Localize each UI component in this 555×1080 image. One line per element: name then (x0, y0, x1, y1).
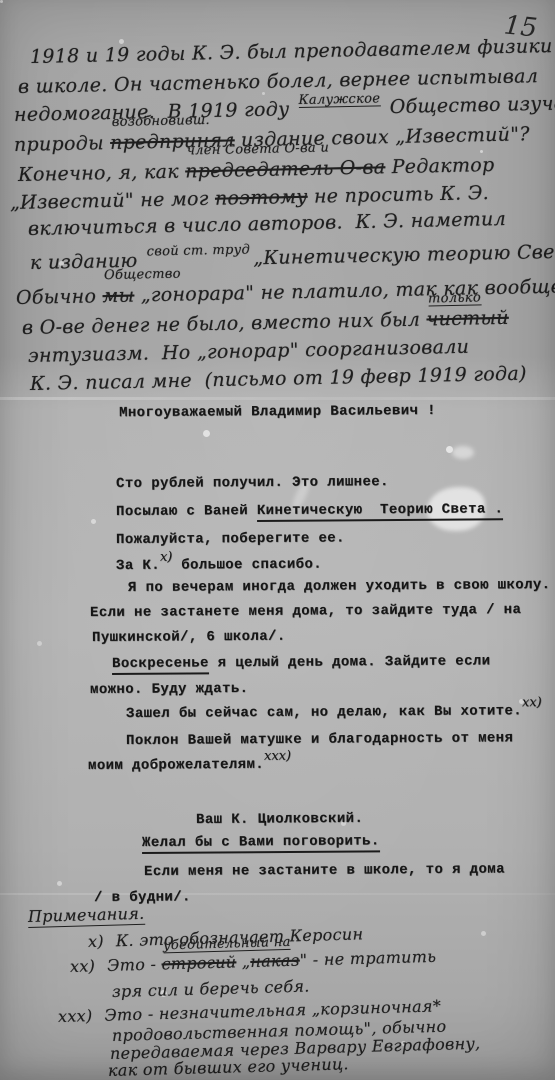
typed-line-8: Воскресенье я целый день дома. Зайдите е… (112, 651, 491, 674)
text-run: можно. Буду ждать. (90, 681, 249, 698)
text-run: природы (14, 132, 111, 156)
footnote-marker: хх) (522, 695, 542, 710)
typed-line-10: Зашел бы сейчас сам, но делаю, как Вы хо… (126, 701, 542, 724)
letter-salutation: Многоуважаемый Владимир Васильевич ! (0, 400, 555, 424)
text-run: Ваш К. Циолковский. (196, 811, 363, 828)
correction: толькочистый (426, 305, 509, 333)
footnote-marker: хх) (70, 956, 96, 976)
inserted-text: член Совета О-ва и (187, 141, 330, 157)
text-run: Пушкинской/, 6 школа/. (92, 629, 286, 646)
text-run: Если меня не застаните в школе, то я дом… (144, 861, 505, 880)
text-run: я целый день дома. Зайдите если (209, 653, 491, 671)
text-run: 1918 и 19 годы К. Э. был преподавателем … (30, 35, 553, 68)
text-run: в О-ве денег не было, вместо них был (22, 309, 427, 339)
underlined-word: Воскресенье (112, 655, 209, 675)
text-run: зря сил и беречь себя. (112, 976, 310, 1001)
notes-title: Примечания. (28, 903, 145, 928)
footnote-marker: х) (88, 932, 104, 951)
text-run: Это - (107, 954, 162, 975)
text-run: Поклон Вашей матушке и благодарность от … (126, 730, 513, 749)
typed-line-4: За К.х) большое спасибо. (116, 555, 322, 576)
inserted-text: Общество (104, 268, 181, 283)
typed-line-7: Пушкинской/, 6 школа/. (92, 627, 286, 648)
text-run: как от бывших его учениц. (108, 1054, 349, 1080)
text-run: не просить К. Э. (307, 182, 489, 208)
paper-fold-crease-upper (0, 397, 555, 400)
correction: член Совета О-ва ипредседатель О-ва (185, 154, 386, 184)
paper-blotch-small (452, 446, 474, 459)
struck-text: строгий (161, 952, 236, 973)
text-run: Многоуважаемый Владимир Васильевич ! (119, 403, 436, 421)
typed-line-3: Пожалуйста, поберегите ее. (116, 528, 345, 550)
footnote-marker: ххх) (58, 1006, 93, 1026)
struck-text: мы (102, 285, 134, 308)
text-run: Сто рублей получил. Это лишнее. (116, 474, 389, 492)
text-run: „ (236, 952, 251, 971)
text-run: Пожалуйста, поберегите ее. (116, 530, 345, 548)
text-run: За К. (116, 558, 160, 574)
text-run: Я по вечерам иногда должен уходить в сво… (128, 577, 551, 596)
text-run: „Известий" не мог (10, 188, 215, 214)
text-run: Редактор (385, 154, 495, 178)
text-run: большое спасибо. (172, 557, 322, 574)
typed-line-1: Сто рублей получил. Это лишнее. (116, 472, 389, 494)
text-run: „Кинетическую теорию Света". (253, 240, 555, 269)
text-run: Конечно, я, как (18, 160, 186, 185)
underlined-title: Кинетическую Теорию Света . (257, 501, 504, 522)
correction: Обществомы (102, 283, 134, 310)
letter-signature: Ваш К. Циолковский. (196, 809, 363, 830)
typed-line-5: Я по вечерам иногда должен уходить в сво… (128, 575, 551, 598)
text-run: Общество изучения (383, 92, 555, 119)
text-run: Посылаю с Ваней (116, 503, 257, 520)
underlined-sentence: Желал бы с Вами поговорить. (142, 833, 380, 854)
text-run: Обычно (16, 285, 103, 309)
typed-line-12: моим доброжелателям.ххх) (88, 755, 291, 776)
paper-speckles (0, 0, 3, 3)
text-run: Зашел бы сейчас сам, но делаю, как Вы хо… (126, 703, 522, 722)
struck-text: наказ (250, 951, 300, 971)
inserted-text: Калужское (298, 92, 380, 108)
typed-line-2: Посылаю с Ваней Кинетическую Теорию Свет… (116, 499, 503, 522)
struck-text: поэтому (215, 186, 308, 210)
text-run: " - не тратить (299, 947, 436, 970)
typed-line-9: можно. Буду ждать. (90, 679, 249, 700)
scanned-letter-page: 15 1918 и 19 годы К. Э. был преподавател… (0, 0, 555, 1080)
inserted-text: возобновивш. (112, 114, 210, 129)
text-run: моим доброжелателям. (88, 757, 264, 774)
text-run: „гонорара" не платило, так как вообще (134, 276, 555, 307)
letter-postscript-2: Если меня не застаните в школе, то я дом… (144, 859, 505, 882)
paper-fold-crease-lower (0, 893, 555, 895)
footnote-marker: х) (160, 550, 173, 565)
struck-text: чистый (426, 307, 509, 331)
letter-postscript-1: Желал бы с Вами поговорить. (142, 831, 380, 853)
struck-text: председатель О-ва (185, 156, 386, 182)
inserted-text: только (428, 291, 481, 306)
text-run: Если не застанете меня дома, то зайдите … (90, 602, 521, 621)
typed-line-11: Поклон Вашей матушке и благодарность от … (126, 728, 513, 751)
text-run: К. Э. писал мне (письмо от 19 февр 1919 … (30, 363, 527, 395)
correction: убедительный настрогий (161, 951, 236, 975)
typed-line-6: Если не застанете меня дома, то зайдите … (90, 600, 521, 623)
inserted-text: свой ст. труд (147, 243, 251, 258)
footnote-marker: ххх) (264, 749, 291, 764)
text-run: Примечания. (28, 904, 145, 928)
